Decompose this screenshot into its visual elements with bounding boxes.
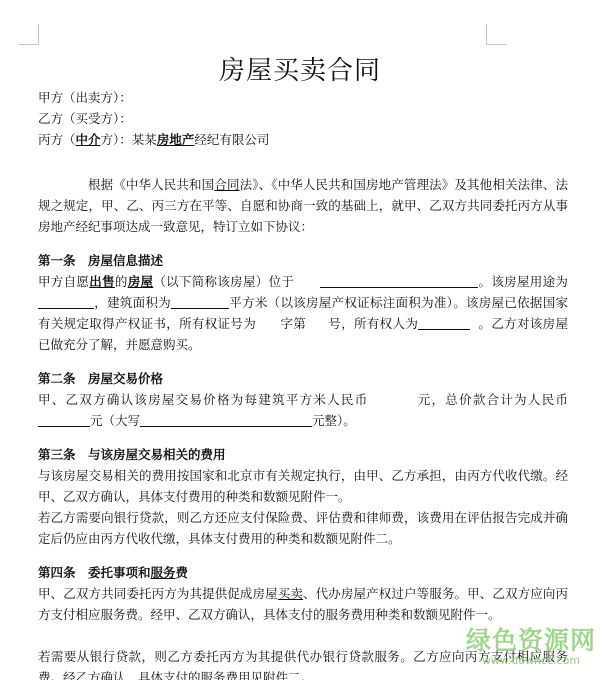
a1-text: 。该房屋用途为 [478,274,568,289]
article-4-para-1: 甲、乙双方共同委托丙方为其提供促成房屋买卖、代办房屋产权过户等服务。甲、乙双方应… [38,583,568,625]
total-price-blank[interactable] [38,412,90,427]
total-price-words-blank[interactable] [140,412,312,427]
a2-text: 元整）。 [312,413,356,428]
party-c-prefix: 丙方（ [38,132,76,147]
page-corner-mark-right [486,24,507,45]
party-c-mid: 方）：某某 [101,132,157,147]
article-2-heading: 第二条 房屋交易价格 [38,368,568,389]
a1-text: 的 [115,274,128,289]
article-1-heading: 第一条 房屋信息描述 [38,250,568,271]
party-b: 乙方（买受方）： [38,108,568,129]
preamble-underlined: 合同 [214,177,239,192]
a4-heading-text: 第四条 委托事项和 [38,565,151,580]
usage-blank[interactable] [38,294,94,309]
a2-text: 元，总价款合计为人民币 [417,392,568,407]
a2-text: 元（大写 [90,413,140,428]
party-c-company-bold: 房地产 [157,132,195,147]
party-a: 甲方（出卖方）： [38,87,568,108]
article-1-body: 甲方自愿出售的房屋（以下简称该房屋）位于。该房屋用途为，建筑面积为平方米（以该房… [38,271,568,355]
watermark-text: 绿色资源网 [466,628,596,654]
article-3-para-2: 若乙方需要向银行贷款，则乙方还应支付保险费、评估费和律师费，该费用在评估报告完成… [38,507,568,549]
a1-text: 字第 [280,316,306,331]
a1-house: 房屋 [128,274,154,289]
a1-text: （以下简称该房屋）位于 [153,274,294,289]
preamble-text: 根据《中华人民共和国 [88,177,214,192]
watermark: 绿色资源网 www.downcc.com [466,628,596,668]
document-title: 房屋买卖合同 [0,50,600,87]
a4-underlined: 买卖 [278,586,303,601]
a1-sell: 出售 [89,274,115,289]
a1-text: 甲方自愿 [38,274,89,289]
article-3-heading: 第三条 与该房屋交易相关的费用 [38,444,568,465]
a1-text: 号，所有权人为 [328,316,418,331]
a1-text: ，建筑面积为 [94,295,171,310]
watermark-url: www.downcc.com [466,654,596,668]
address-blank[interactable] [320,273,478,288]
owner-blank[interactable] [418,315,470,330]
article-4-heading: 第四条 委托事项和服务费 [38,562,568,583]
party-c: 丙方（中介方）：某某房地产经纪有限公司 [38,129,568,150]
preamble: 根据《中华人民共和国合同法》、《中华人民共和国房地产管理法》及其他相关法律、法规… [38,174,568,237]
a2-text: 甲、乙双方确认该房屋交易价格为每建筑平方米人民币 [38,392,369,407]
article-3-para-1: 与该房屋交易相关的费用按国家和北京市有关规定执行，由甲、乙方承担，由丙方代收代缴… [38,465,568,507]
a4-heading-text: 费 [176,565,189,580]
a4-heading-underlined: 服务 [151,565,176,580]
page-corner-mark-left [18,24,39,45]
party-c-suffix: 经纪有限公司 [194,132,269,147]
party-c-bold: 中介 [76,132,101,147]
area-blank[interactable] [171,294,229,309]
document-body: 甲方（出卖方）： 乙方（买受方）： 丙方（中介方）：某某房地产经纪有限公司 根据… [38,87,568,680]
article-2-body: 甲、乙双方确认该房屋交易价格为每建筑平方米人民币元，总价款合计为人民币元（大写元… [38,389,568,431]
a4-text: 甲、乙双方共同委托丙方为其提供促成房屋 [38,586,278,601]
